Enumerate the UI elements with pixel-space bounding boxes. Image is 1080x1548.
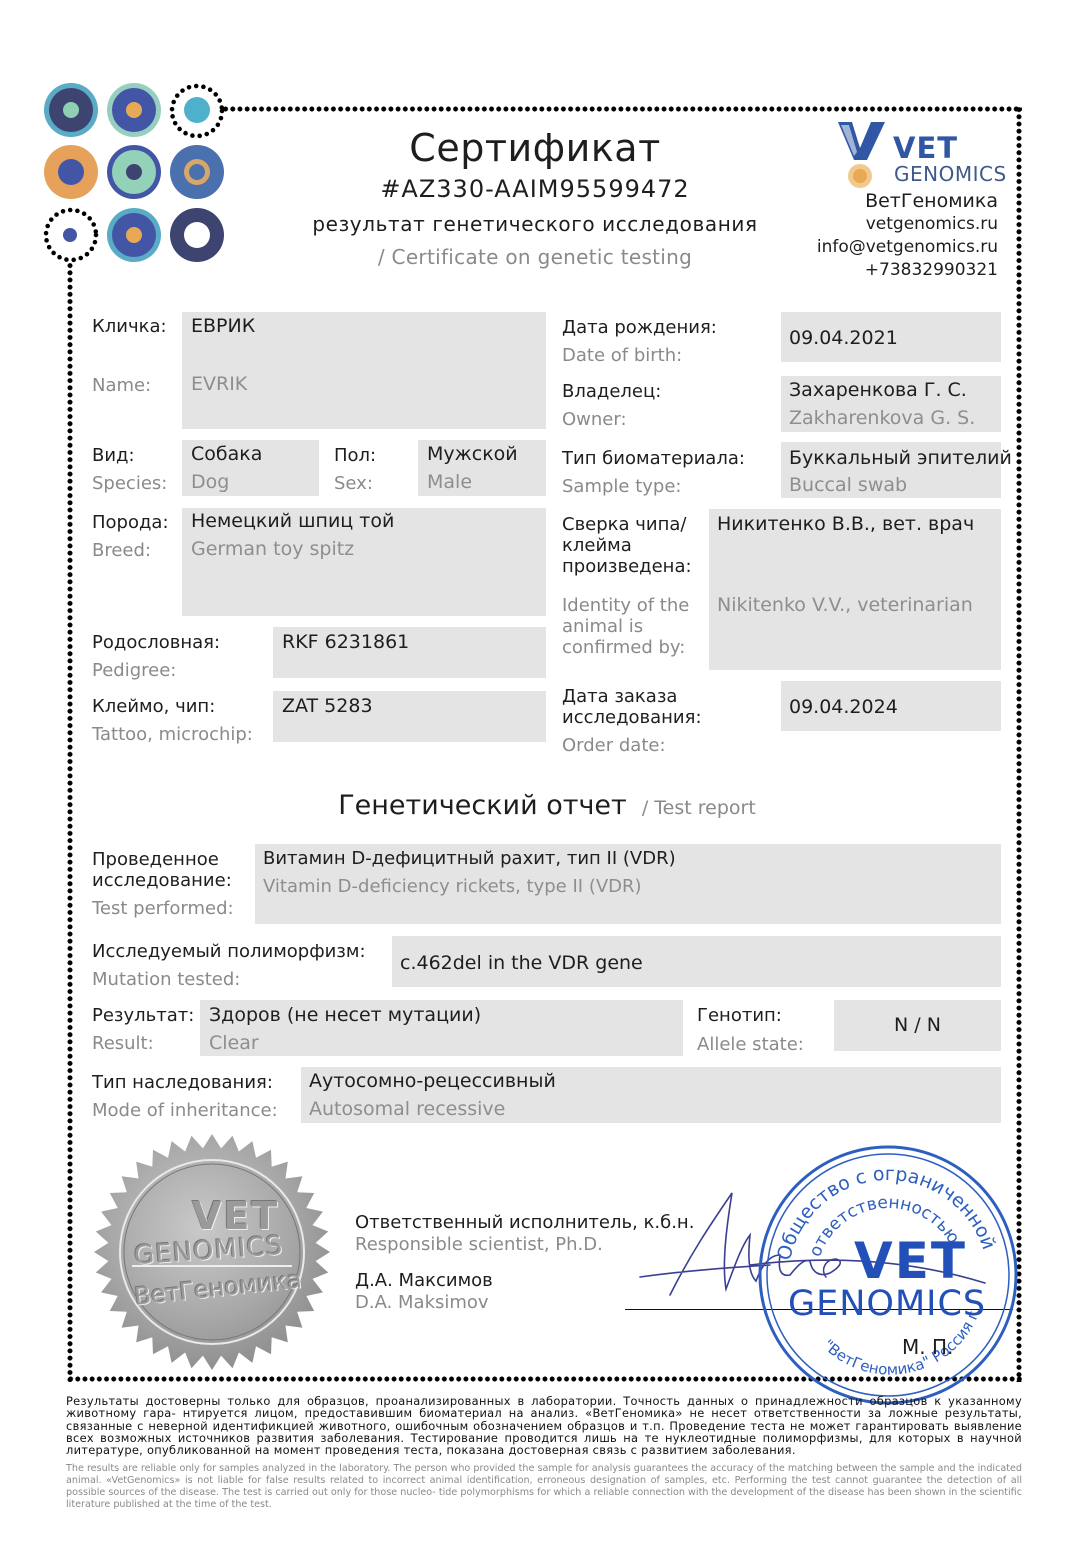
sample-type-value-en: Buccal swab bbox=[789, 473, 907, 497]
embossed-seal: VET GENOMICS ВетГеномика bbox=[92, 1132, 332, 1372]
identity-label: Сверка чипа/клейма произведена: bbox=[562, 514, 702, 577]
result-value: Здоров (не несет мутации) bbox=[209, 1003, 481, 1027]
scientist-name: Д.А. Максимов bbox=[355, 1270, 493, 1292]
company-contacts: ВетГеномика vetgenomics.ru info@vetgenom… bbox=[738, 190, 998, 282]
stamp-genomics-text: GENOMICS bbox=[788, 1284, 986, 1324]
name-value: ЕВРИК bbox=[191, 314, 255, 338]
logo-vet-text: VET bbox=[893, 131, 958, 165]
sex-value-en: Male bbox=[427, 470, 472, 494]
mutation-label: Исследуемый полиморфизм: bbox=[92, 941, 366, 963]
result-label: Результат: bbox=[92, 1005, 194, 1027]
identity-value-en: Nikitenko V.V., veterinarian bbox=[717, 593, 973, 617]
inheritance-value: Аутосомно-рецессивный bbox=[309, 1069, 556, 1093]
border-top bbox=[222, 106, 1022, 112]
species-value-en: Dog bbox=[191, 470, 229, 494]
breed-label-en: Breed: bbox=[92, 540, 151, 562]
test-performed-value-en: Vitamin D-deficiency rickets, type II (V… bbox=[263, 875, 642, 899]
owner-label: Владелец: bbox=[562, 381, 661, 403]
test-performed-value: Витамин D-дефицитный рахит, тип II (VDR) bbox=[263, 847, 676, 871]
birth-date-label-en: Date of birth: bbox=[562, 345, 682, 367]
order-date-value: 09.04.2024 bbox=[789, 695, 898, 719]
stamp-vet-text: VET bbox=[854, 1232, 967, 1290]
breed-value-en: German toy spitz bbox=[191, 537, 354, 561]
disclaimer-en: The results are reliable only for sample… bbox=[66, 1463, 1022, 1511]
identity-value: Никитенко В.В., вет. врач bbox=[717, 512, 974, 536]
name-label-en: Name: bbox=[92, 375, 151, 397]
result-value-en: Clear bbox=[209, 1031, 259, 1055]
border-left bbox=[67, 262, 73, 1382]
tattoo-label: Клеймо, чип: bbox=[92, 696, 215, 718]
breed-value: Немецкий шпиц той bbox=[191, 509, 394, 533]
scientist-role-en: Responsible scientist, Ph.D. bbox=[355, 1234, 603, 1256]
vet-v-logo-icon bbox=[838, 122, 886, 162]
identity-label-en: Identity of the animal is confirmed by: bbox=[562, 595, 702, 658]
pedigree-label: Родословная: bbox=[92, 632, 220, 654]
logo-genomics-text: GENOMICS bbox=[894, 162, 1007, 186]
test-performed-label-en: Test performed: bbox=[92, 898, 234, 920]
sample-type-value: Буккальный эпителий bbox=[789, 446, 1012, 470]
name-value-en: EVRIK bbox=[191, 372, 247, 396]
disclaimer-ru: Результаты достоверны только для образцо… bbox=[66, 1395, 1022, 1456]
company-stamp: Общество с ограниченной ответственностью… bbox=[748, 1140, 1028, 1410]
report-title-en: / Test report bbox=[642, 797, 756, 819]
name-label: Кличка: bbox=[92, 316, 167, 338]
company-email-link[interactable]: info@vetgenomics.ru bbox=[738, 236, 998, 259]
species-value: Собака bbox=[191, 442, 262, 466]
circle-decoration bbox=[126, 102, 142, 118]
sample-type-label: Тип биоматериала: bbox=[562, 448, 745, 470]
birth-date-value: 09.04.2021 bbox=[789, 326, 898, 350]
stamp-place: М. П. bbox=[902, 1336, 953, 1358]
genotype-value: N / N bbox=[834, 1013, 1001, 1037]
company-phone: +73832990321 bbox=[738, 259, 998, 282]
circle-decoration bbox=[63, 102, 79, 118]
genotype-label-en: Allele state: bbox=[697, 1034, 804, 1056]
pedigree-label-en: Pedigree: bbox=[92, 660, 176, 682]
order-date-label-en: Order date: bbox=[562, 735, 666, 757]
tattoo-label-en: Tattoo, microchip: bbox=[92, 724, 253, 746]
result-label-en: Result: bbox=[92, 1033, 154, 1055]
company-website-link[interactable]: vetgenomics.ru bbox=[738, 213, 998, 236]
report-heading: Генетический отчет / Test report bbox=[0, 790, 1080, 821]
mutation-value: c.462del in the VDR gene bbox=[400, 951, 643, 975]
inheritance-label-en: Mode of inheritance: bbox=[92, 1100, 278, 1122]
inheritance-value-en: Autosomal recessive bbox=[309, 1097, 505, 1121]
genotype-label: Генотип: bbox=[697, 1005, 782, 1027]
owner-value-en: Zakharenkova G. S. bbox=[789, 406, 975, 430]
owner-value: Захаренкова Г. С. bbox=[789, 378, 967, 402]
sex-value: Мужской bbox=[427, 442, 518, 466]
sex-label: Пол: bbox=[334, 445, 376, 467]
species-label: Вид: bbox=[92, 445, 135, 467]
inheritance-label: Тип наследования: bbox=[92, 1072, 273, 1094]
report-title: Генетический отчет bbox=[338, 790, 627, 821]
logo-sun-core bbox=[853, 169, 867, 183]
owner-label-en: Owner: bbox=[562, 409, 627, 431]
company-name: ВетГеномика bbox=[738, 190, 998, 213]
breed-label: Порода: bbox=[92, 512, 169, 534]
pedigree-value: RKF 6231861 bbox=[282, 630, 409, 654]
order-date-label: Дата заказа исследования: bbox=[562, 686, 732, 728]
test-performed-label: Проведенное исследование: bbox=[92, 849, 242, 891]
birth-date-label: Дата рождения: bbox=[562, 317, 717, 339]
mutation-label-en: Mutation tested: bbox=[92, 969, 240, 991]
tattoo-value: ZAT 5283 bbox=[282, 694, 373, 718]
sex-label-en: Sex: bbox=[334, 473, 373, 495]
sample-type-label-en: Sample type: bbox=[562, 476, 682, 498]
species-label-en: Species: bbox=[92, 473, 167, 495]
scientist-name-en: D.A. Maksimov bbox=[355, 1292, 489, 1314]
